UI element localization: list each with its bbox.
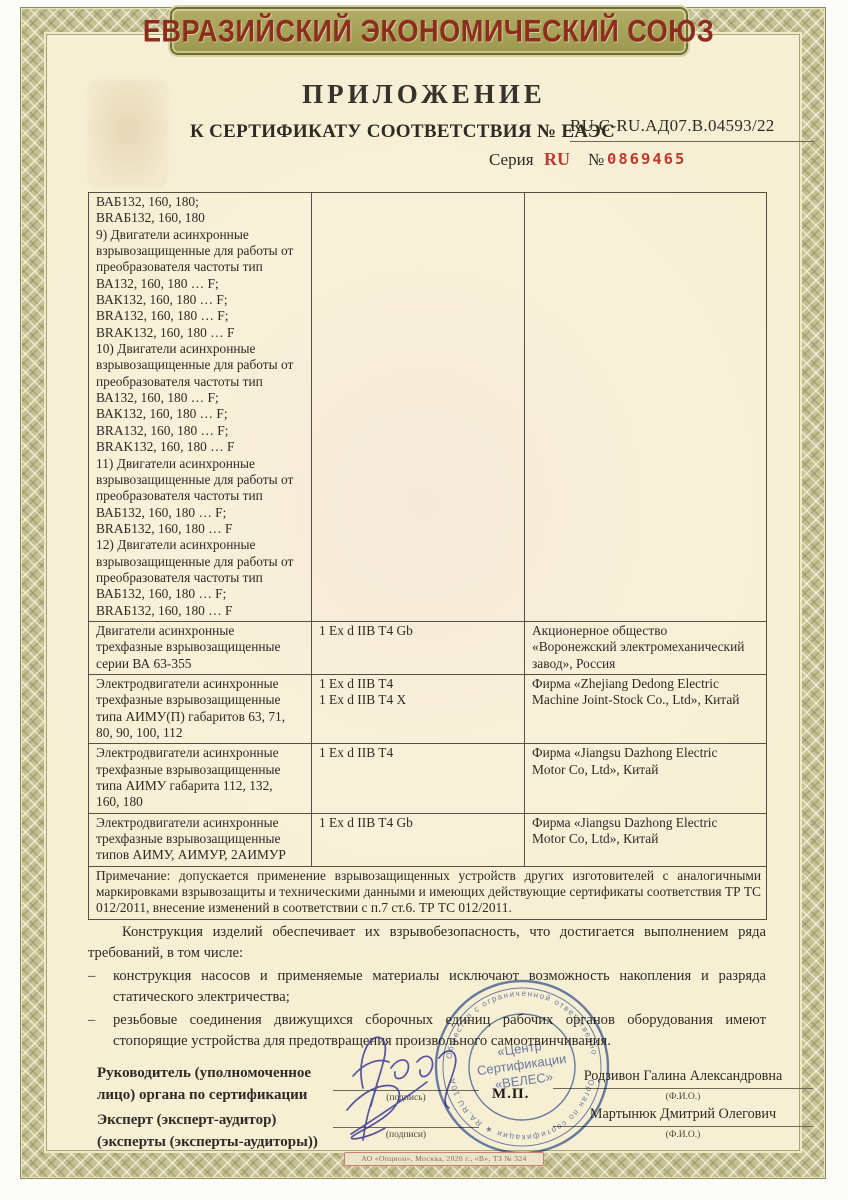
construction-intro: Конструкция изделий обеспечивает их взры…	[88, 922, 766, 963]
note-cell: Примечание: допускается применение взрыв…	[89, 866, 767, 919]
ex-marking-cell: 1 Ex d IIB T4 Gb	[312, 621, 525, 674]
product-models-cell: Электродвигатели асинхронные трехфазные …	[89, 674, 312, 743]
table-row: Электродвигатели асинхронные трехфазные …	[89, 813, 767, 866]
manufacturer-cell	[525, 193, 767, 622]
certificate-page: ЕВРАЗИЙСКИЙ ЭКОНОМИЧЕСКИЙ СОЮЗ ПРИЛОЖЕНИ…	[0, 0, 848, 1200]
number-sign: №	[588, 150, 604, 170]
expert-signature-icon	[347, 1082, 427, 1140]
product-models-cell: Электродвигатели асинхронные трехфазные …	[89, 744, 312, 813]
product-models-cell: Двигатели асинхронные трехфазные взрывоз…	[89, 621, 312, 674]
leader-label: Руководитель (уполномоченное лицо) орган…	[97, 1063, 347, 1106]
table-row: ВАБ132, 160, 180; BRАБ132, 160, 180 9) Д…	[89, 193, 767, 622]
ex-marking-cell: 1 Ex d IIB T4	[312, 744, 525, 813]
ex-marking-cell: 1 Ex d IIB T4 Gb	[312, 813, 525, 866]
products-table: ВАБ132, 160, 180; BRАБ132, 160, 180 9) Д…	[88, 192, 767, 920]
product-models-cell: ВАБ132, 160, 180; BRАБ132, 160, 180 9) Д…	[89, 193, 312, 622]
expert-label: Эксперт (эксперт-аудитор) (эксперты (экс…	[97, 1110, 357, 1153]
series-value: RU	[544, 149, 570, 170]
table-row: Электродвигатели асинхронные трехфазные …	[89, 744, 767, 813]
table-row: Двигатели асинхронные трехфазные взрывоз…	[89, 621, 767, 674]
cert-number: RU С-RU.АД07.В.04593/22	[570, 116, 814, 142]
cert-subtitle: К СЕРТИФИКАТУ СООТВЕТСТВИЯ № ЕАЭС	[190, 121, 615, 143]
table-row: Электродвигатели асинхронные трехфазные …	[89, 674, 767, 743]
printer-imprint: АО «Опцион», Москва, 2020 г., «В», ТЗ № …	[344, 1152, 544, 1166]
ex-marking-cell	[312, 193, 525, 622]
manufacturer-cell: Фирма «Jiangsu Dazhong Electric Motor Co…	[525, 744, 767, 813]
stamp-seal-icon: Общество с ограниченной ответственностью…	[418, 963, 626, 1171]
series-label: Серия	[489, 150, 534, 170]
ex-marking-cell: 1 Ex d IIB T4 1 Ex d IIB T4 X	[312, 674, 525, 743]
blank-number: 0869465	[607, 150, 686, 168]
manufacturer-cell: Акционерное общество «Воронежский электр…	[525, 621, 767, 674]
product-models-cell: Электродвигатели асинхронные трехфазные …	[89, 813, 312, 866]
note-row: Примечание: допускается применение взрыв…	[89, 866, 767, 919]
doc-title: ПРИЛОЖЕНИЕ	[0, 79, 848, 110]
list-dash: –	[88, 966, 113, 1007]
manufacturer-cell: Фирма «Jiangsu Dazhong Electric Motor Co…	[525, 813, 767, 866]
list-dash: –	[88, 1010, 113, 1051]
manufacturer-cell: Фирма «Zhejiang Dedong Electric Machine …	[525, 674, 767, 743]
